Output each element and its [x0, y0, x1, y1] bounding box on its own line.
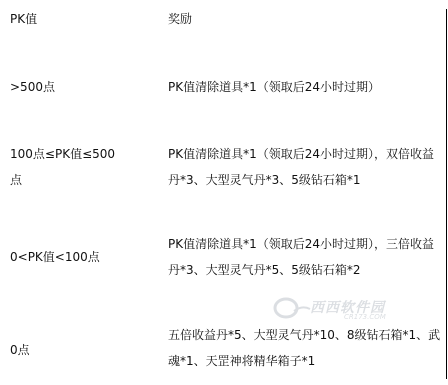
table-row-1-reward: PK值清除道具*1（领取后24小时过期） — [168, 74, 438, 100]
reward-text: PK值清除道具*1（领取后24小时过期），双倍收益 — [168, 141, 438, 167]
header-pk-label: PK值 — [10, 6, 160, 32]
table-row-3-pk: 0<PK值<100点 — [10, 244, 160, 270]
reward-text: PK值清除道具*1（领取后24小时过期） — [168, 74, 438, 100]
header-pk-value: PK值 — [10, 6, 160, 32]
watermark-logo: 西西软件园 CR173.COM — [272, 295, 392, 323]
reward-text: PK值清除道具*1（领取后24小时过期），三倍收益 — [168, 231, 438, 257]
pk-range-cont: 点 — [10, 167, 160, 193]
reward-text-cont: 丹*3、大型灵气丹*5、5级钻石箱*2 — [168, 257, 438, 283]
reward-text: 五倍收益丹*5、大型灵气丹*10、8级钻石箱*1、武 — [168, 322, 438, 348]
reward-text-cont: 魂*1、天罡神将精华箱子*1 — [168, 348, 438, 374]
right-border-line — [446, 9, 447, 379]
reward-text-cont: 丹*3、大型灵气丹*3、5级钻石箱*1 — [168, 167, 438, 193]
table-row-1-pk: >500点 — [10, 74, 160, 100]
pk-range: 0点 — [10, 337, 160, 363]
swoosh-icon — [272, 295, 312, 323]
header-reward: 奖励 — [168, 6, 438, 32]
table-row-2-reward: PK值清除道具*1（领取后24小时过期），双倍收益 丹*3、大型灵气丹*3、5级… — [168, 141, 438, 193]
table-row-2-pk: 100点≤PK值≤500 点 — [10, 141, 160, 193]
table-row-3-reward: PK值清除道具*1（领取后24小时过期），三倍收益 丹*3、大型灵气丹*5、5级… — [168, 231, 438, 283]
table-row-4-pk: 0点 — [10, 337, 160, 363]
watermark-subtext: CR173.COM — [344, 313, 386, 321]
pk-range: 100点≤PK值≤500 — [10, 141, 160, 167]
table-row-4-reward: 五倍收益丹*5、大型灵气丹*10、8级钻石箱*1、武 魂*1、天罡神将精华箱子*… — [168, 322, 438, 374]
pk-range: 0<PK值<100点 — [10, 244, 160, 270]
header-reward-label: 奖励 — [168, 6, 438, 32]
pk-range: >500点 — [10, 74, 160, 100]
